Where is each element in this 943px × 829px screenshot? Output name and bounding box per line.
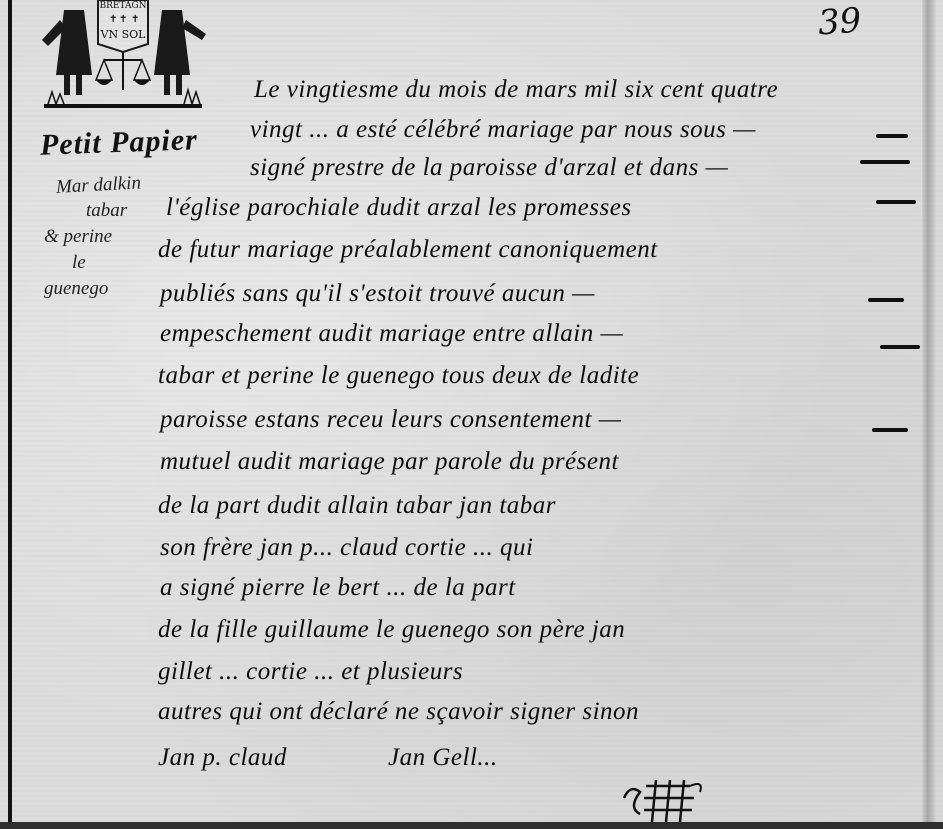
line-filler-dash <box>876 200 916 204</box>
record-line: mutuel audit mariage par parole du prése… <box>160 448 619 476</box>
signature: Jan p. claud <box>158 744 287 772</box>
record-line: a signé pierre le bert ... de la part <box>160 574 516 602</box>
record-line: de futur mariage préalablement canonique… <box>158 236 658 264</box>
line-filler-dash <box>860 160 910 164</box>
line-filler-dash <box>872 428 908 432</box>
svg-text:✝: ✝ <box>131 14 139 25</box>
margin-note-line: guenego <box>44 276 164 302</box>
record-line: vingt ... a esté célébré mariage par nou… <box>250 116 756 144</box>
margin-note-line: le <box>72 250 164 276</box>
record-line: publiés sans qu'il s'estoit trouvé aucun… <box>160 280 595 308</box>
record-line: de la part dudit allain tabar jan tabar <box>158 492 556 520</box>
signature-mark-icon <box>620 778 710 822</box>
page-number: 39 <box>817 1 863 44</box>
line-filler-dash <box>868 298 904 302</box>
line-filler-dash <box>880 345 920 349</box>
stamp-label: Petit Papier <box>39 123 198 162</box>
svg-text:✝: ✝ <box>119 14 127 25</box>
record-line: paroisse estans receu leurs consentement… <box>160 406 621 434</box>
svg-text:VN SOL: VN SOL <box>100 28 147 41</box>
record-line: son frère jan p... claud cortie ... qui <box>160 534 533 562</box>
margin-note-line: tabar <box>86 198 164 224</box>
record-line: gillet ... cortie ... et plusieurs <box>158 658 463 686</box>
record-line: signé prestre de la paroisse d'arzal et … <box>250 154 728 182</box>
page-gutter <box>922 0 936 822</box>
record-line: autres qui ont déclaré ne sçavoir signer… <box>158 698 639 726</box>
line-filler-dash <box>876 134 908 138</box>
register-page: BRETAGN ✝ ✝ ✝ VN SOL 39 Petit Papier Mar… <box>0 0 943 822</box>
signature: Jan Gell... <box>388 744 498 772</box>
viewer-bottom-bar <box>0 822 943 829</box>
record-line: Le vingtiesme du mois de mars mil six ce… <box>254 76 778 104</box>
left-margin-rule <box>8 0 12 822</box>
record-line: l'église parochiale dudit arzal les prom… <box>166 194 632 222</box>
margin-note-line: Mar dalkin <box>55 169 164 201</box>
record-line: tabar et perine le guenego tous deux de … <box>158 362 639 390</box>
svg-text:✝: ✝ <box>109 14 117 25</box>
record-line: empeschement audit mariage entre allain … <box>160 320 623 348</box>
svg-text:BRETAGN: BRETAGN <box>99 1 146 11</box>
margin-note: Mar dalkin tabar & perine le guenego <box>44 172 164 302</box>
record-line: de la fille guillaume le guenego son pèr… <box>158 616 625 644</box>
margin-note-line: & perine <box>44 224 164 250</box>
fiscal-stamp-icon: BRETAGN ✝ ✝ ✝ VN SOL <box>34 0 212 112</box>
